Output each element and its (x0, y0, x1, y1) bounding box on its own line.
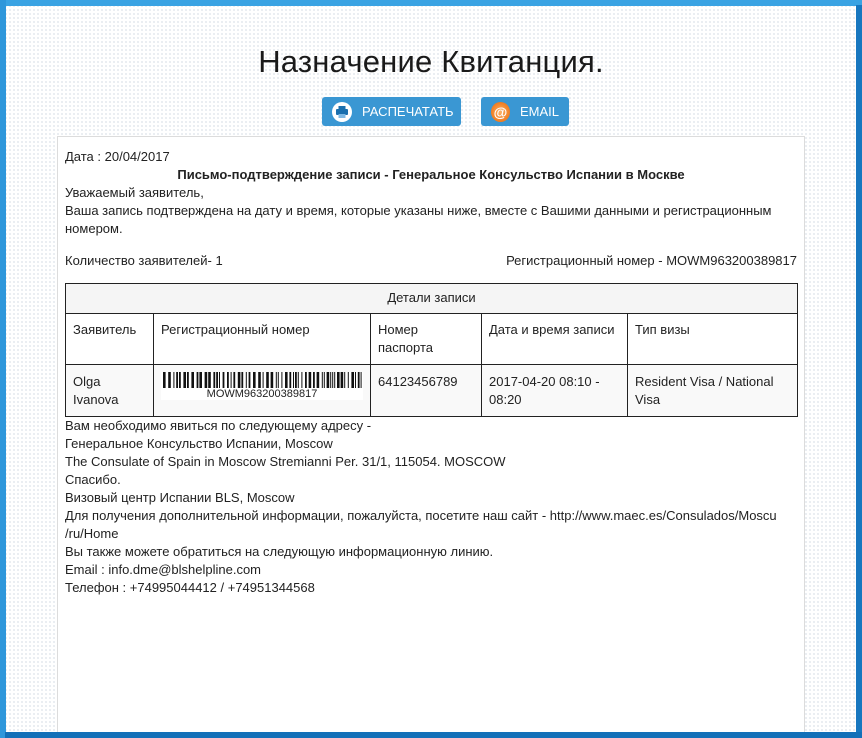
applicant-count: Количество заявителей- 1 (65, 252, 223, 270)
header-applicant: Заявитель (66, 314, 154, 365)
header-registration-number: Регистрационный номер (154, 314, 371, 365)
at-sign-icon: @ (491, 102, 510, 122)
contact-phone: Телефон : +74995044412 / +74951344568 (65, 579, 797, 597)
printer-icon (332, 102, 352, 122)
action-bar: РАСПЕЧАТАТЬ @ EMAIL (0, 97, 862, 126)
header-appointment-datetime: Дата и время записи (482, 314, 628, 365)
email-button-label: EMAIL (520, 104, 559, 119)
address-line-1: Генеральное Консульство Испании, Moscow (65, 435, 797, 453)
address-intro: Вам необходимо явиться по следующему адр… (65, 417, 797, 435)
cell-visa-type: Resident Visa / National Visa (628, 365, 798, 417)
helpline-intro: Вы также можете обратиться на следующую … (65, 543, 797, 561)
print-button-label: РАСПЕЧАТАТЬ (362, 104, 454, 119)
table-row: Olga Ivanova MOWM963200389817 6412345678… (66, 365, 798, 417)
window-frame-right (856, 5, 862, 738)
email-button[interactable]: @ EMAIL (481, 97, 569, 126)
address-line-2: The Consulate of Spain in Moscow Stremia… (65, 453, 797, 471)
print-button[interactable]: РАСПЕЧАТАТЬ (322, 97, 461, 126)
page-title: Назначение Квитанция. (0, 44, 862, 80)
cell-datetime: 2017-04-20 08:10 - 08:20 (482, 365, 628, 417)
table-header-row: Заявитель Регистрационный номер Номер па… (66, 314, 798, 365)
summary-row: Количество заявителей- 1 Регистрационный… (65, 252, 797, 270)
letter-heading: Письмо-подтверждение записи - Генерально… (65, 166, 797, 184)
cell-passport: 64123456789 (371, 365, 482, 417)
barcode-bars (161, 372, 363, 388)
thanks-text: Спасибо. (65, 471, 797, 489)
barcode: MOWM963200389817 (161, 372, 363, 400)
letter-date: Дата : 20/04/2017 (65, 148, 797, 166)
cell-registration-barcode: MOWM963200389817 (154, 365, 371, 417)
header-passport-number: Номер паспорта (371, 314, 482, 365)
appointment-details-table: Детали записи Заявитель Регистрационный … (65, 283, 798, 417)
header-visa-type: Тип визы (628, 314, 798, 365)
cell-applicant: Olga Ivanova (66, 365, 154, 417)
letter-greeting: Уважаемый заявитель, (65, 184, 797, 202)
barcode-text: MOWM963200389817 (161, 388, 363, 400)
table-caption: Детали записи (66, 284, 798, 314)
registration-number: Регистрационный номер - MOWM963200389817 (506, 252, 797, 270)
receipt-card: Дата : 20/04/2017 Письмо-подтверждение з… (57, 136, 805, 738)
letter-intro: Ваша запись подтверждена на дату и время… (65, 202, 797, 238)
window-frame-left (0, 0, 6, 738)
window-frame-top (0, 0, 862, 6)
window-frame-bottom (5, 732, 862, 738)
contact-email: Email : info.dme@blshelpline.com (65, 561, 797, 579)
more-info-text: Для получения дополнительной информации,… (65, 507, 785, 543)
signature-text: Визовый центр Испании BLS, Moscow (65, 489, 797, 507)
